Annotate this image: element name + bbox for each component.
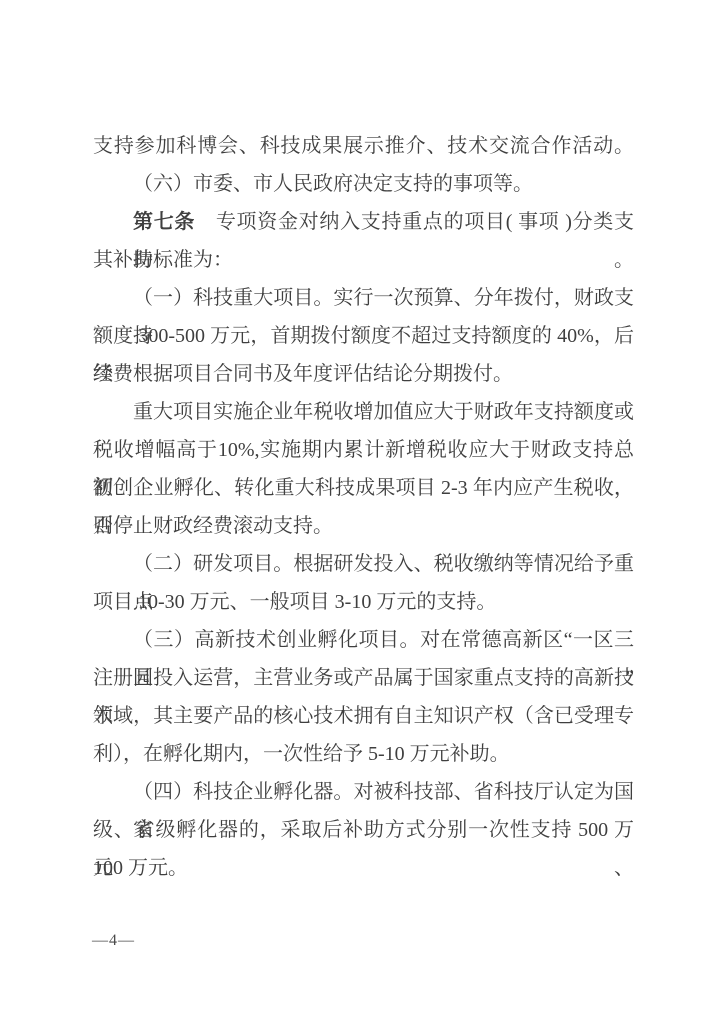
text-line: 初创企业孵化、转化重大科技成果项目 2-3 年内应产生税收，否: [93, 469, 634, 507]
text-line: 税收增幅高于10%,实施期内累计新增税收应大于财政支持总额，: [93, 431, 634, 469]
document-page: 支持参加科博会、科技成果展示推介、技术交流合作活动。（六）市委、市人民政府决定支…: [0, 0, 720, 1018]
text-line: 支持参加科博会、科技成果展示推介、技术交流合作活动。: [93, 127, 634, 165]
text-line: 项目 10-30 万元、一般项目 3-10 万元的支持。: [93, 583, 634, 621]
text-line: 注册且投入运营，主营业务或产品属于国家重点支持的高新技术: [93, 659, 634, 697]
text-line: 重大项目实施企业年税收增加值应大于财政年支持额度或: [93, 393, 634, 431]
text-line: 利），在孵化期内，一次性给予 5-10 万元补助。: [93, 735, 634, 773]
page-number: —4—: [92, 931, 135, 951]
text-line: （三）高新技术创业孵化项目。对在常德高新区“一区三园”: [93, 621, 634, 659]
text-line: （二）研发项目。根据研发投入、税收缴纳等情况给予重点: [93, 545, 634, 583]
text-line: 则停止财政经费滚动支持。: [93, 507, 634, 545]
text-block: 支持参加科博会、科技成果展示推介、技术交流合作活动。（六）市委、市人民政府决定支…: [93, 127, 634, 887]
text-line: 级、省级孵化器的，采取后补助方式分别一次性支持 500 万元、: [93, 811, 634, 849]
text-line: 额度 300-500 万元，首期拨付额度不超过支持额度的 40%，后续: [93, 317, 634, 355]
text-line: （一）科技重大项目。实行一次预算、分年拨付，财政支持: [93, 279, 634, 317]
text-line: （六）市委、市人民政府决定支持的事项等。: [93, 165, 634, 203]
text-line: 第七条 专项资金对纳入支持重点的项目( 事项 )分类支持。: [93, 203, 634, 241]
text-line: 领域，其主要产品的核心技术拥有自主知识产权（含已受理专: [93, 697, 634, 735]
text-line: （四）科技企业孵化器。对被科技部、省科技厅认定为国家: [93, 773, 634, 811]
article-number-bold: 第七条: [133, 211, 195, 233]
text-line: 经费根据项目合同书及年度评估结论分期拨付。: [93, 355, 634, 393]
